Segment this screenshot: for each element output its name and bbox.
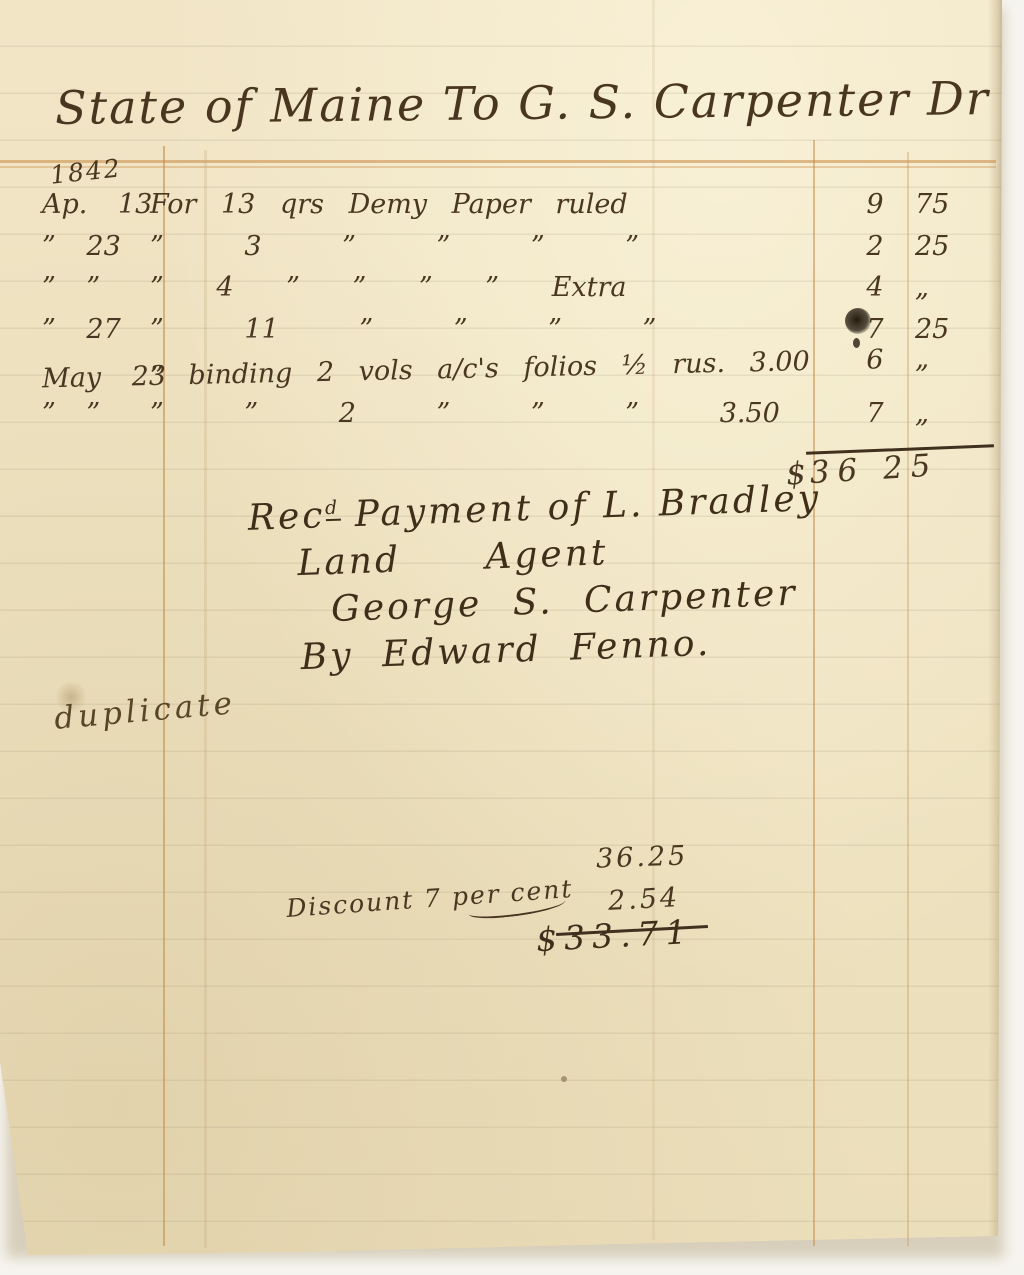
calc-net-total: $33.71 xyxy=(535,912,694,959)
entry-cents: „ xyxy=(905,272,1000,303)
ledger-row: ” ” ” ” 2 ” ” ” 3.50 7 „ xyxy=(0,398,1000,429)
ledger-top-rule-double xyxy=(0,166,996,168)
entry-cents: „ xyxy=(905,342,1001,375)
entry-description: ” 4 ” ” ” ” Extra xyxy=(140,272,845,303)
receipt-superscript-d: d xyxy=(325,498,341,522)
entry-description: ” ” 2 ” ” ” 3.50 xyxy=(140,398,845,429)
entry-dollars: 2 xyxy=(845,231,905,262)
calc-discount-amount: 2.54 xyxy=(607,882,681,917)
entry-date: May 23 xyxy=(0,361,140,395)
entry-cents: 25 xyxy=(905,314,1000,345)
entry-dollars: 6 xyxy=(845,344,906,376)
entry-description: ” 3 ” ” ” ” xyxy=(140,231,845,262)
entry-dollars: 7 xyxy=(845,398,905,429)
entry-date: ” ” xyxy=(0,272,140,303)
ledger-row: ” 23 ” 3 ” ” ” ” 2 25 xyxy=(0,231,1000,262)
dollars-column-line xyxy=(813,140,815,1246)
ink-blot xyxy=(845,308,871,334)
entry-date: Ap. 13 xyxy=(0,189,140,220)
receipt-block: Recd Payment of L. Bradley Land Agent Ge… xyxy=(235,468,827,683)
entry-date: ” ” xyxy=(0,398,140,429)
entry-cents: 75 xyxy=(905,189,1000,220)
entry-cents: „ xyxy=(905,398,1000,429)
ledger-row: ” ” ” 4 ” ” ” ” Extra 4 „ xyxy=(0,272,1000,303)
entry-dollars: 4 xyxy=(845,272,905,303)
entry-date: ” 23 xyxy=(0,231,140,262)
entry-description: ” 11 ” ” ” ” xyxy=(140,314,845,345)
entry-description: For 13 qrs Demy Paper ruled xyxy=(140,189,845,220)
receipt-recd-abbrev: Rec xyxy=(247,495,326,539)
calc-subtotal: 36.25 xyxy=(595,840,688,874)
entry-dollars: 9 xyxy=(845,189,905,220)
entry-date: ” 27 xyxy=(0,314,140,345)
ledger-top-rule xyxy=(0,160,996,163)
ledger-row: ” 27 ” 11 ” ” ” ” 7 25 xyxy=(0,314,1000,345)
entry-dollars: 7 xyxy=(845,314,905,345)
paper-speck xyxy=(561,1076,567,1082)
entry-cents: 25 xyxy=(905,231,1000,262)
ledger-row: Ap. 13 For 13 qrs Demy Paper ruled 9 75 xyxy=(0,189,1000,220)
document-title: State of Maine To G. S. Carpenter Dr xyxy=(55,71,990,135)
